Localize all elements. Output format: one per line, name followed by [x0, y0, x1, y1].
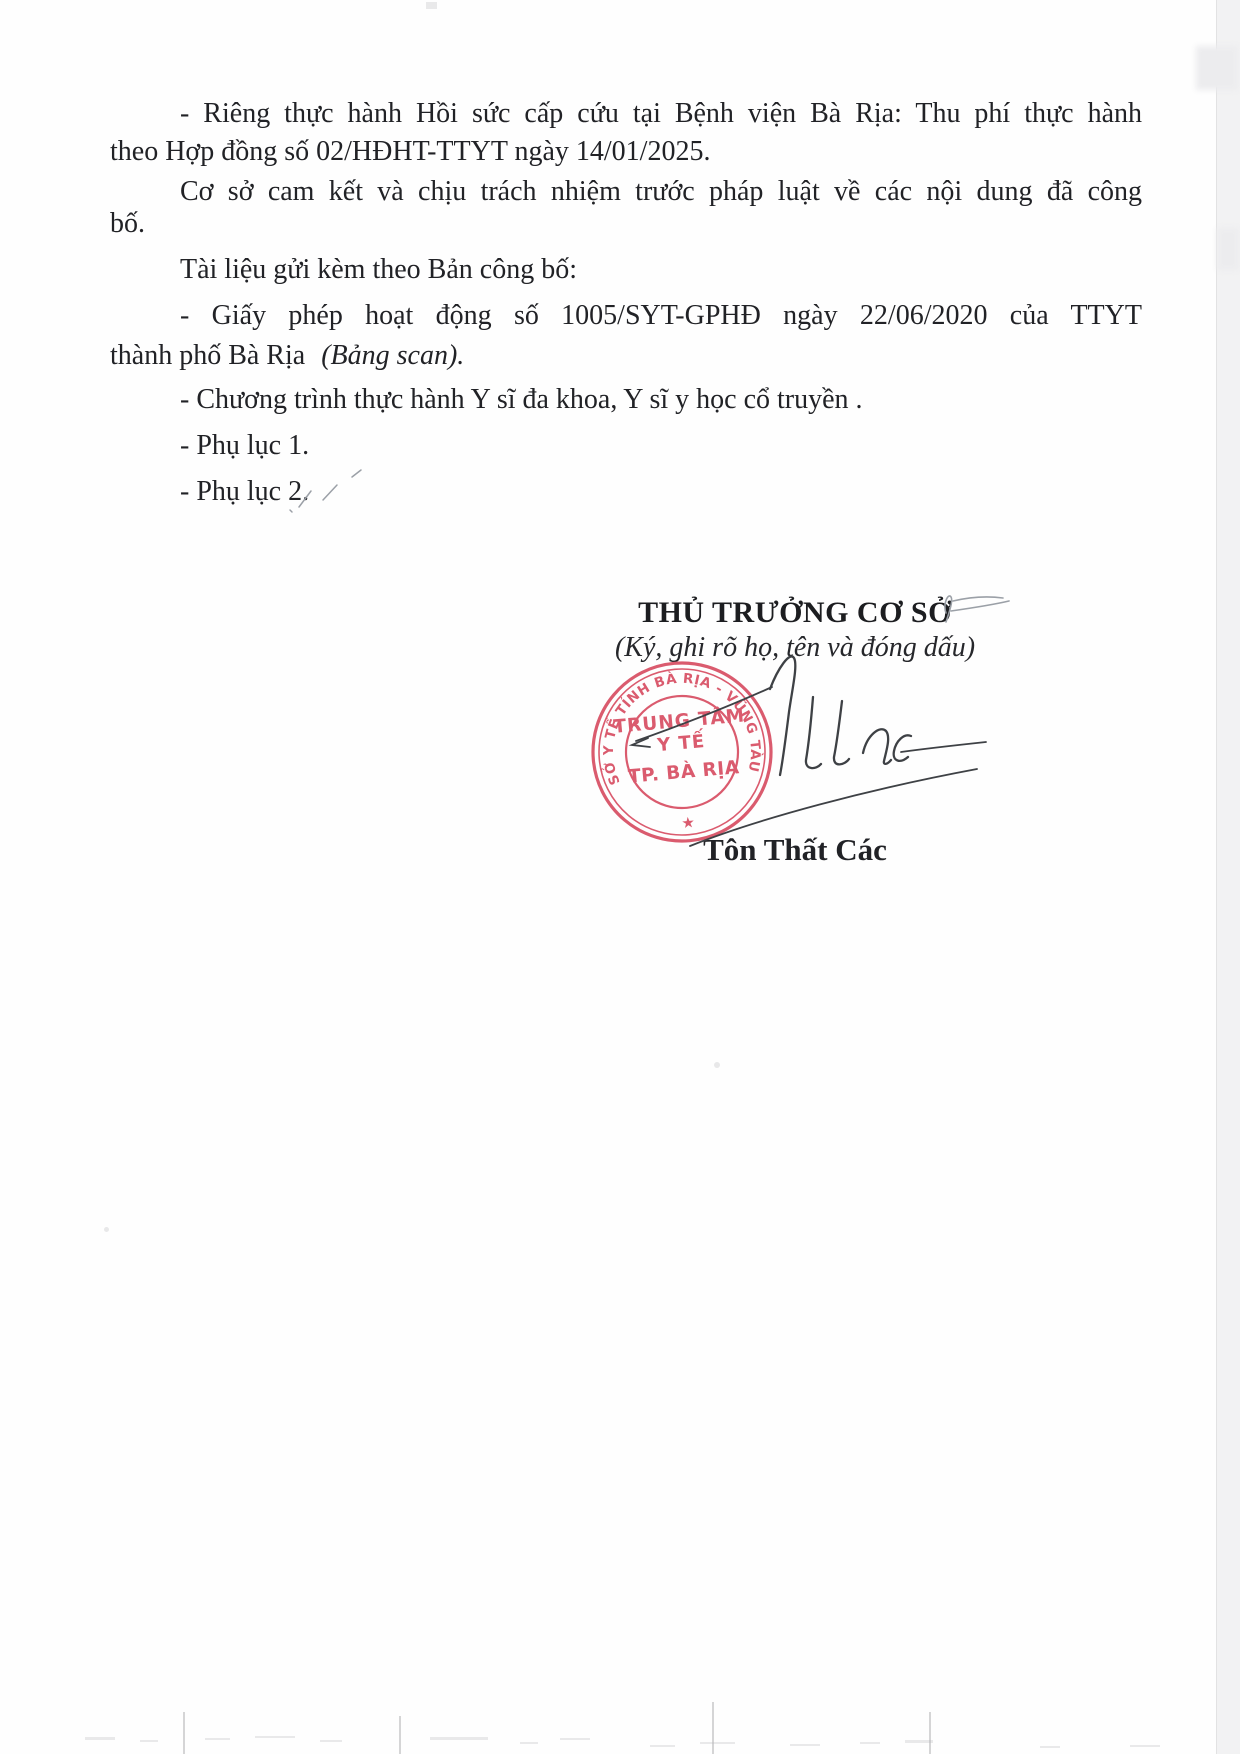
signature-stroke: [901, 742, 986, 752]
body-line-text: thành phố Bà Rịa: [110, 340, 305, 371]
scan-speck: [714, 1062, 720, 1068]
scan-speck: [104, 1227, 109, 1232]
body-line: bố.: [110, 204, 1072, 244]
body-line: theo Hợp đồng số 02/HĐHT-TTYT ngày 14/01…: [110, 132, 1072, 172]
signature-stroke: [894, 735, 911, 760]
body-line: Tài liệu gửi kèm theo Bản công bố:: [110, 250, 1142, 290]
body-line: thành phố Bà Rịa (Bảng scan).: [110, 336, 1072, 376]
stamp-star-icon: ★: [681, 813, 696, 832]
body-line-italic: (Bảng scan).: [321, 340, 464, 371]
body-line: - Giấy phép hoạt động số 1005/SYT-GPHĐ n…: [110, 296, 1142, 336]
official-stamp: SỞ Y TẾ TỈNH BÀ RỊA - VŨNG TÀU TRUNG TÂM…: [586, 656, 778, 848]
stamp-center-line3: TP. BÀ RỊA: [627, 756, 740, 788]
signature-title: THỦ TRƯỞNG CƠ SỞ: [545, 596, 1045, 630]
scan-blotch: [1196, 46, 1238, 90]
body-line: - Riêng thực hành Hồi sức cấp cứu tại Bệ…: [110, 94, 1142, 134]
signature-block: THỦ TRƯỞNG CƠ SỞ (Ký, ghi rõ họ, tên và …: [545, 596, 1045, 664]
signature-stroke: [834, 701, 849, 764]
document-page: - Riêng thực hành Hồi sức cấp cứu tại Bệ…: [0, 0, 1240, 1754]
scan-speck: [426, 2, 437, 9]
body-line: - Phụ lục 1.: [110, 426, 1142, 466]
signature-stroke: [806, 697, 821, 768]
body-line: - Phụ lục 2.: [110, 472, 1142, 512]
body-line: - Chương trình thực hành Y sĩ đa khoa, Y…: [110, 380, 1142, 420]
signature-stroke: [863, 729, 891, 764]
scan-blotch: [1217, 228, 1239, 270]
